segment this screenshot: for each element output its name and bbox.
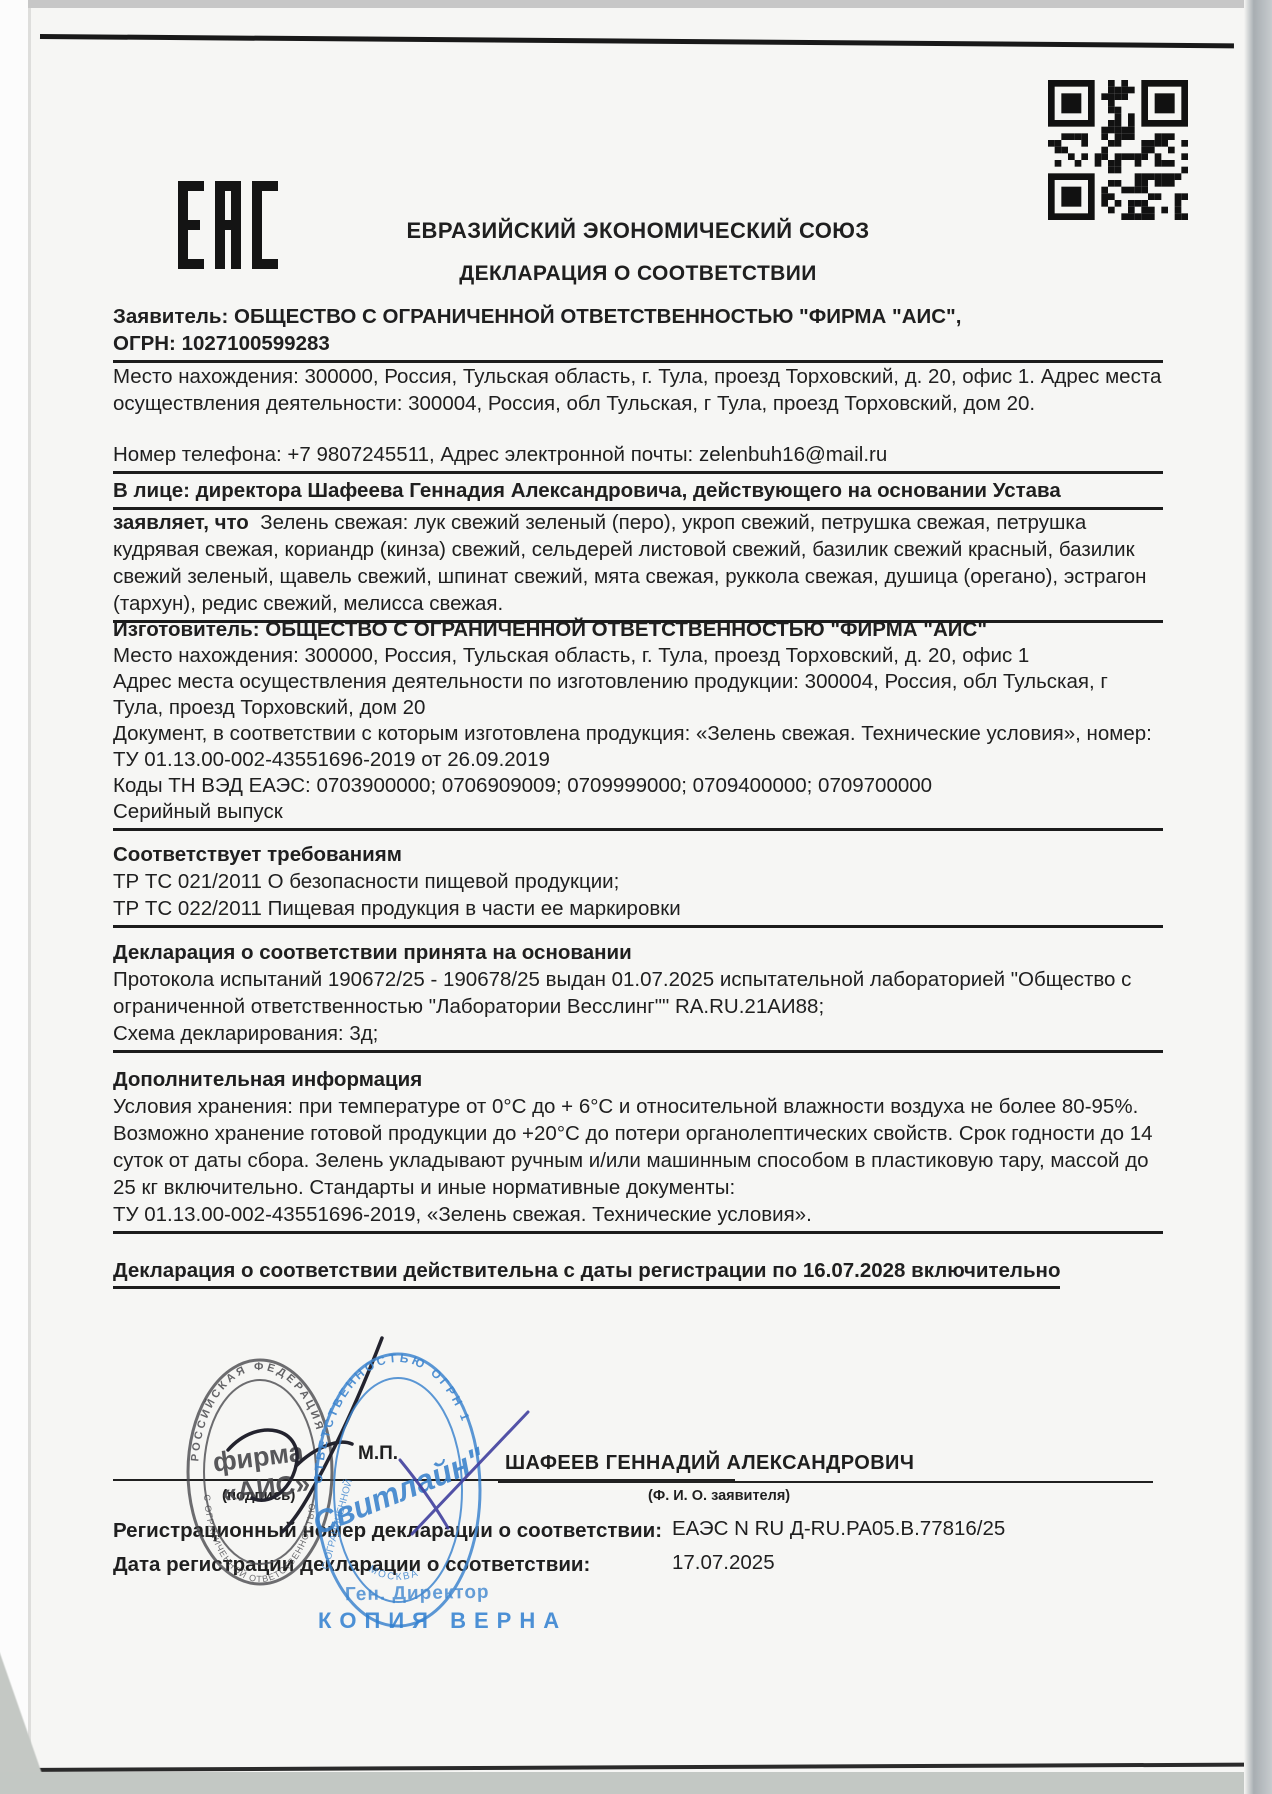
applicant-phone-email: Номер телефона: +7 9807245511, Адрес эле… xyxy=(113,443,887,466)
product-declaration-block: заявляет, что Зелень свежая: лук свежий … xyxy=(113,509,1163,623)
applicant-fullname: ШАФЕЕВ ГЕННАДИЙ АЛЕКСАНДРОВИЧ xyxy=(505,1452,914,1475)
applicant-address-block: Место нахождения: 300000, Россия, Тульск… xyxy=(113,363,1163,417)
storage-conditions-text: Условия хранения: при температуре от 0°С… xyxy=(113,1095,1153,1199)
basis-header: Декларация о соответствии принята на осн… xyxy=(113,939,1163,966)
representative-text: директора Шафеева Геннадия Александрович… xyxy=(196,479,1061,502)
manufacturer-block: Изготовитель: ОБЩЕСТВО С ОГРАНИЧЕННОЙ ОТ… xyxy=(113,617,1163,831)
declares-label: заявляет, что xyxy=(113,511,249,534)
additional-header: Дополнительная информация xyxy=(113,1066,1163,1093)
manufacturer-serial: Серийный выпуск xyxy=(113,799,1163,825)
representative-line: В лице: директора Шафеева Геннадия Алекс… xyxy=(113,477,1163,510)
applicant-header-block: Заявитель: ОБЩЕСТВО С ОГРАНИЧЕННОЙ ОТВЕТ… xyxy=(113,303,1163,363)
manufacturer-name-line: Изготовитель: ОБЩЕСТВО С ОГРАНИЧЕННОЙ ОТ… xyxy=(113,617,1163,643)
fullname-underline xyxy=(498,1481,1153,1483)
document-top-border xyxy=(40,34,1234,48)
document-title: ДЕКЛАРАЦИЯ О СООТВЕТСТВИИ xyxy=(113,262,1163,286)
svg-text:РОССИЙСКАЯ ФЕДЕРАЦИЯ: РОССИЙСКАЯ ФЕДЕРАЦИЯ xyxy=(189,1361,326,1462)
representative-label: В лице: xyxy=(113,479,190,502)
union-title: ЕВРАЗИЙСКИЙ ЭКОНОМИЧЕСКИЙ СОЮЗ xyxy=(113,218,1163,244)
declaration-document-page: ЕВРАЗИЙСКИЙ ЭКОНОМИЧЕСКИЙ СОЮЗ ДЕКЛАРАЦИ… xyxy=(0,0,1272,1794)
black-stamp xyxy=(188,1360,332,1584)
scan-edge-right xyxy=(1244,0,1272,1794)
black-stamp-word-1: фирма xyxy=(211,1437,306,1478)
scan-edge-left-shadow xyxy=(28,8,31,1794)
registration-number-value: ЕАЭС N RU Д-RU.РА05.В.77816/25 xyxy=(672,1517,1005,1541)
compliance-item-2: ТР ТС 022/2011 Пищевая продукция в части… xyxy=(113,895,1163,922)
copy-is-true-stamp-text: КОПИЯ ВЕРНА xyxy=(318,1608,567,1634)
manufacturer-production-address: Адрес места осуществления деятельности п… xyxy=(113,669,1163,721)
compliance-header: Соответствует требованиям xyxy=(113,841,1163,868)
registration-number-label: Регистрационный номер декларации о соотв… xyxy=(113,1519,662,1543)
scan-edge-corner xyxy=(0,1640,46,1772)
manufacturer-codes: Коды ТН ВЭД ЕАЭС: 0703900000; 0706909009… xyxy=(113,773,1163,799)
signature-caption: (подпись) xyxy=(222,1487,295,1504)
registration-date-value: 17.07.2025 xyxy=(672,1551,775,1575)
applicant-label: Заявитель: xyxy=(113,305,228,328)
compliance-block: Соответствует требованиям ТР ТС 021/2011… xyxy=(113,841,1163,928)
manufacturer-name: ОБЩЕСТВО С ОГРАНИЧЕННОЙ ОТВЕТСТВЕННОСТЬЮ… xyxy=(265,618,987,641)
additional-info-block: Дополнительная информация Условия хранен… xyxy=(113,1066,1163,1234)
black-stamp-arc-top: РОССИЙСКАЯ ФЕДЕРАЦИЯ xyxy=(189,1361,326,1462)
manufacturer-label: Изготовитель: xyxy=(113,618,260,641)
applicant-name: ОБЩЕСТВО С ОГРАНИЧЕННОЙ ОТВЕТСТВЕННОСТЬЮ… xyxy=(234,305,961,328)
manufacturer-location: Место нахождения: 300000, Россия, Тульск… xyxy=(113,643,1163,669)
additional-tu-line: ТУ 01.13.00-002-43551696-2019, «Зелень с… xyxy=(113,1201,1163,1228)
additional-text: Условия хранения: при температуре от 0°С… xyxy=(113,1093,1163,1228)
scan-edge-left xyxy=(0,0,28,1794)
validity-statement: Декларация о соответствии действительна … xyxy=(113,1258,1060,1289)
basis-scheme: Схема декларирования: 3д; xyxy=(113,1020,1163,1047)
blue-stamp-director-text: Ген. Директор xyxy=(345,1582,490,1607)
product-list: Зелень свежая: лук свежий зеленый (перо)… xyxy=(113,511,1146,615)
compliance-item-1: ТР ТС 021/2011 О безопасности пищевой пр… xyxy=(113,868,1163,895)
paper-bottom-edge-line xyxy=(12,1763,1272,1772)
basis-block: Декларация о соответствии принята на осн… xyxy=(113,939,1163,1053)
document-titles: ЕВРАЗИЙСКИЙ ЭКОНОМИЧЕСКИЙ СОЮЗ ДЕКЛАРАЦИ… xyxy=(113,218,1163,286)
basis-protocols: Протокола испытаний 190672/25 - 190678/2… xyxy=(113,966,1163,1020)
manufacturer-document: Документ, в соответствии с которым изгот… xyxy=(113,721,1163,773)
applicant-location: Место нахождения: 300000, Россия, Тульск… xyxy=(113,365,1035,388)
qr-code xyxy=(1048,80,1188,225)
scan-edge-top xyxy=(0,0,1272,8)
registration-date-label: Дата регистрации декларации о соответств… xyxy=(113,1553,590,1577)
scan-edge-bottom xyxy=(0,1772,1272,1794)
fullname-caption: (Ф. И. О. заявителя) xyxy=(648,1488,790,1504)
seal-place-label: М.П. xyxy=(358,1443,398,1465)
applicant-ogrn: ОГРН: 1027100599283 xyxy=(113,330,1163,357)
applicant-name-line: Заявитель: ОБЩЕСТВО С ОГРАНИЧЕННОЙ ОТВЕТ… xyxy=(113,303,1163,330)
applicant-contacts-line: Номер телефона: +7 9807245511, Адрес эле… xyxy=(113,441,1163,474)
